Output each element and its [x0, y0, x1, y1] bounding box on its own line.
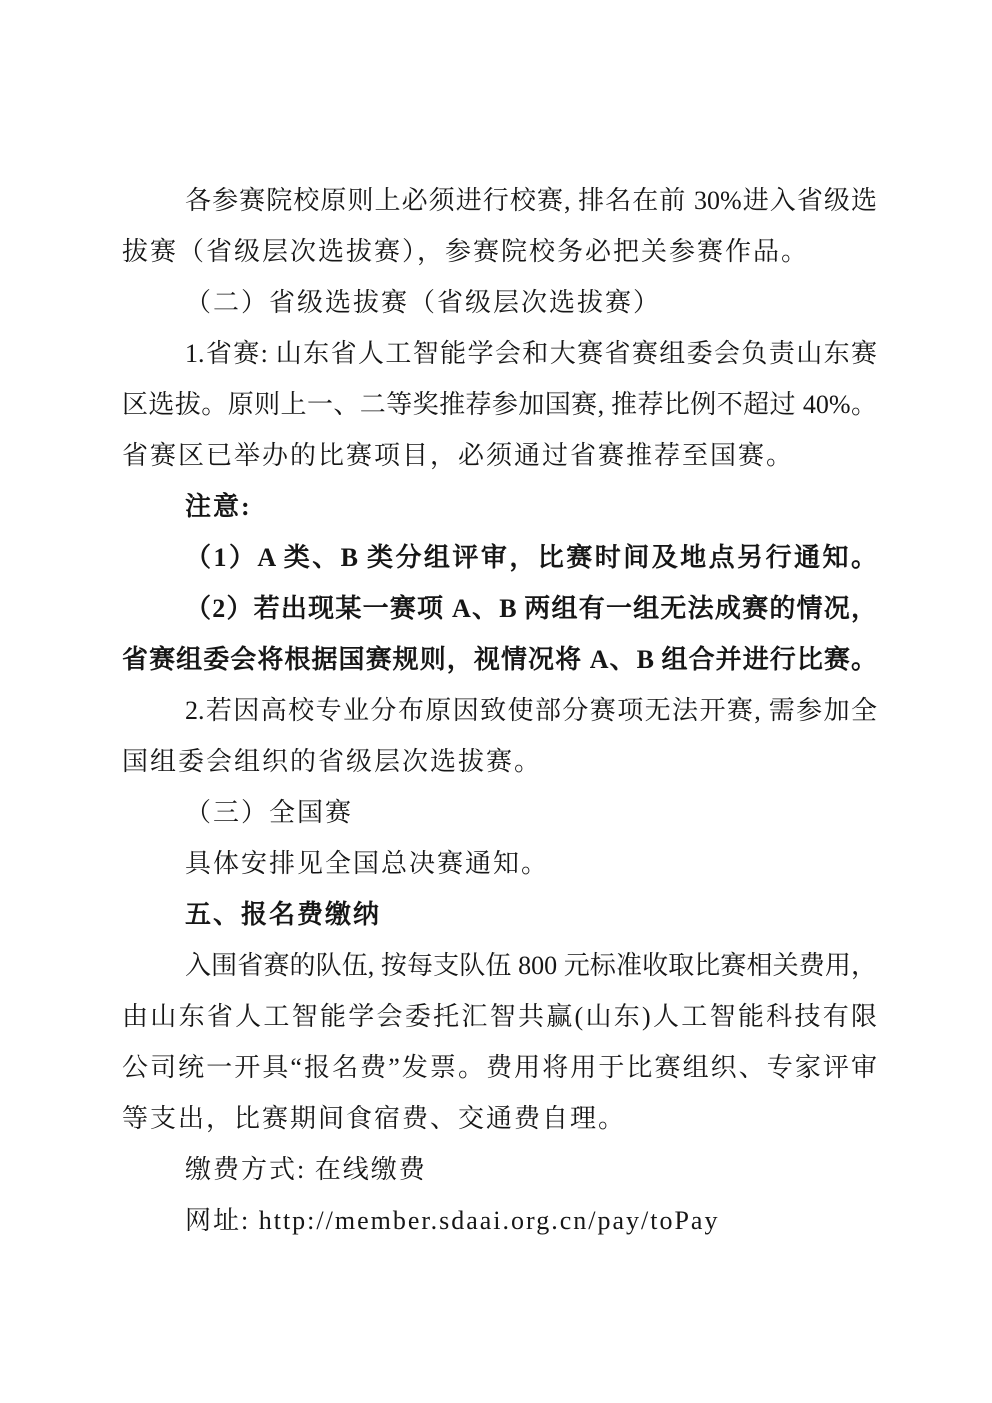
text-line-12: 国组委会组织的省级层次选拔赛。	[122, 736, 877, 787]
text-line-19: 等支出，比赛期间食宿费、交通费自理。	[122, 1093, 877, 1144]
text-line-14: 具体安排见全国总决赛通知。	[122, 838, 877, 889]
document-page: 各参赛院校原则上必须进行校赛, 排名在前 30%进入省级选拔赛（省级层次选拔赛）…	[0, 0, 992, 1403]
text-line-2: 拔赛（省级层次选拔赛），参赛院校务必把关参赛作品。	[122, 226, 877, 277]
text-line-4: 1.省赛: 山东省人工智能学会和大赛省赛组委会负责山东赛	[122, 328, 877, 379]
text-line-8: （1）A 类、B 类分组评审，比赛时间及地点另行通知。	[122, 532, 877, 583]
text-line-21: 网址: http://member.sdaai.org.cn/pay/toPay	[122, 1195, 877, 1246]
text-line-10: 省赛组委会将根据国赛规则，视情况将 A、B 组合并进行比赛。	[122, 634, 877, 685]
text-line-16: 入围省赛的队伍, 按每支队伍 800 元标准收取比赛相关费用，	[122, 940, 877, 991]
text-line-18: 公司统一开具“报名费”发票。费用将用于比赛组织、专家评审	[122, 1042, 877, 1093]
text-line-17: 由山东省人工智能学会委托汇智共赢(山东)人工智能科技有限	[122, 991, 877, 1042]
text-line-13: （三）全国赛	[122, 787, 877, 838]
text-line-7: 注意:	[122, 481, 877, 532]
text-line-1: 各参赛院校原则上必须进行校赛, 排名在前 30%进入省级选	[122, 175, 877, 226]
text-line-9: （2）若出现某一赛项 A、B 两组有一组无法成赛的情况，	[122, 583, 877, 634]
document-text-block: 各参赛院校原则上必须进行校赛, 排名在前 30%进入省级选拔赛（省级层次选拔赛）…	[122, 175, 877, 1246]
text-line-6: 省赛区已举办的比赛项目，必须通过省赛推荐至国赛。	[122, 430, 877, 481]
text-line-3: （二）省级选拔赛（省级层次选拔赛）	[122, 277, 877, 328]
text-line-15: 五、报名费缴纳	[122, 889, 877, 940]
text-line-11: 2.若因高校专业分布原因致使部分赛项无法开赛, 需参加全	[122, 685, 877, 736]
text-line-20: 缴费方式: 在线缴费	[122, 1144, 877, 1195]
text-line-5: 区选拔。原则上一、二等奖推荐参加国赛, 推荐比例不超过 40%。	[122, 379, 877, 430]
